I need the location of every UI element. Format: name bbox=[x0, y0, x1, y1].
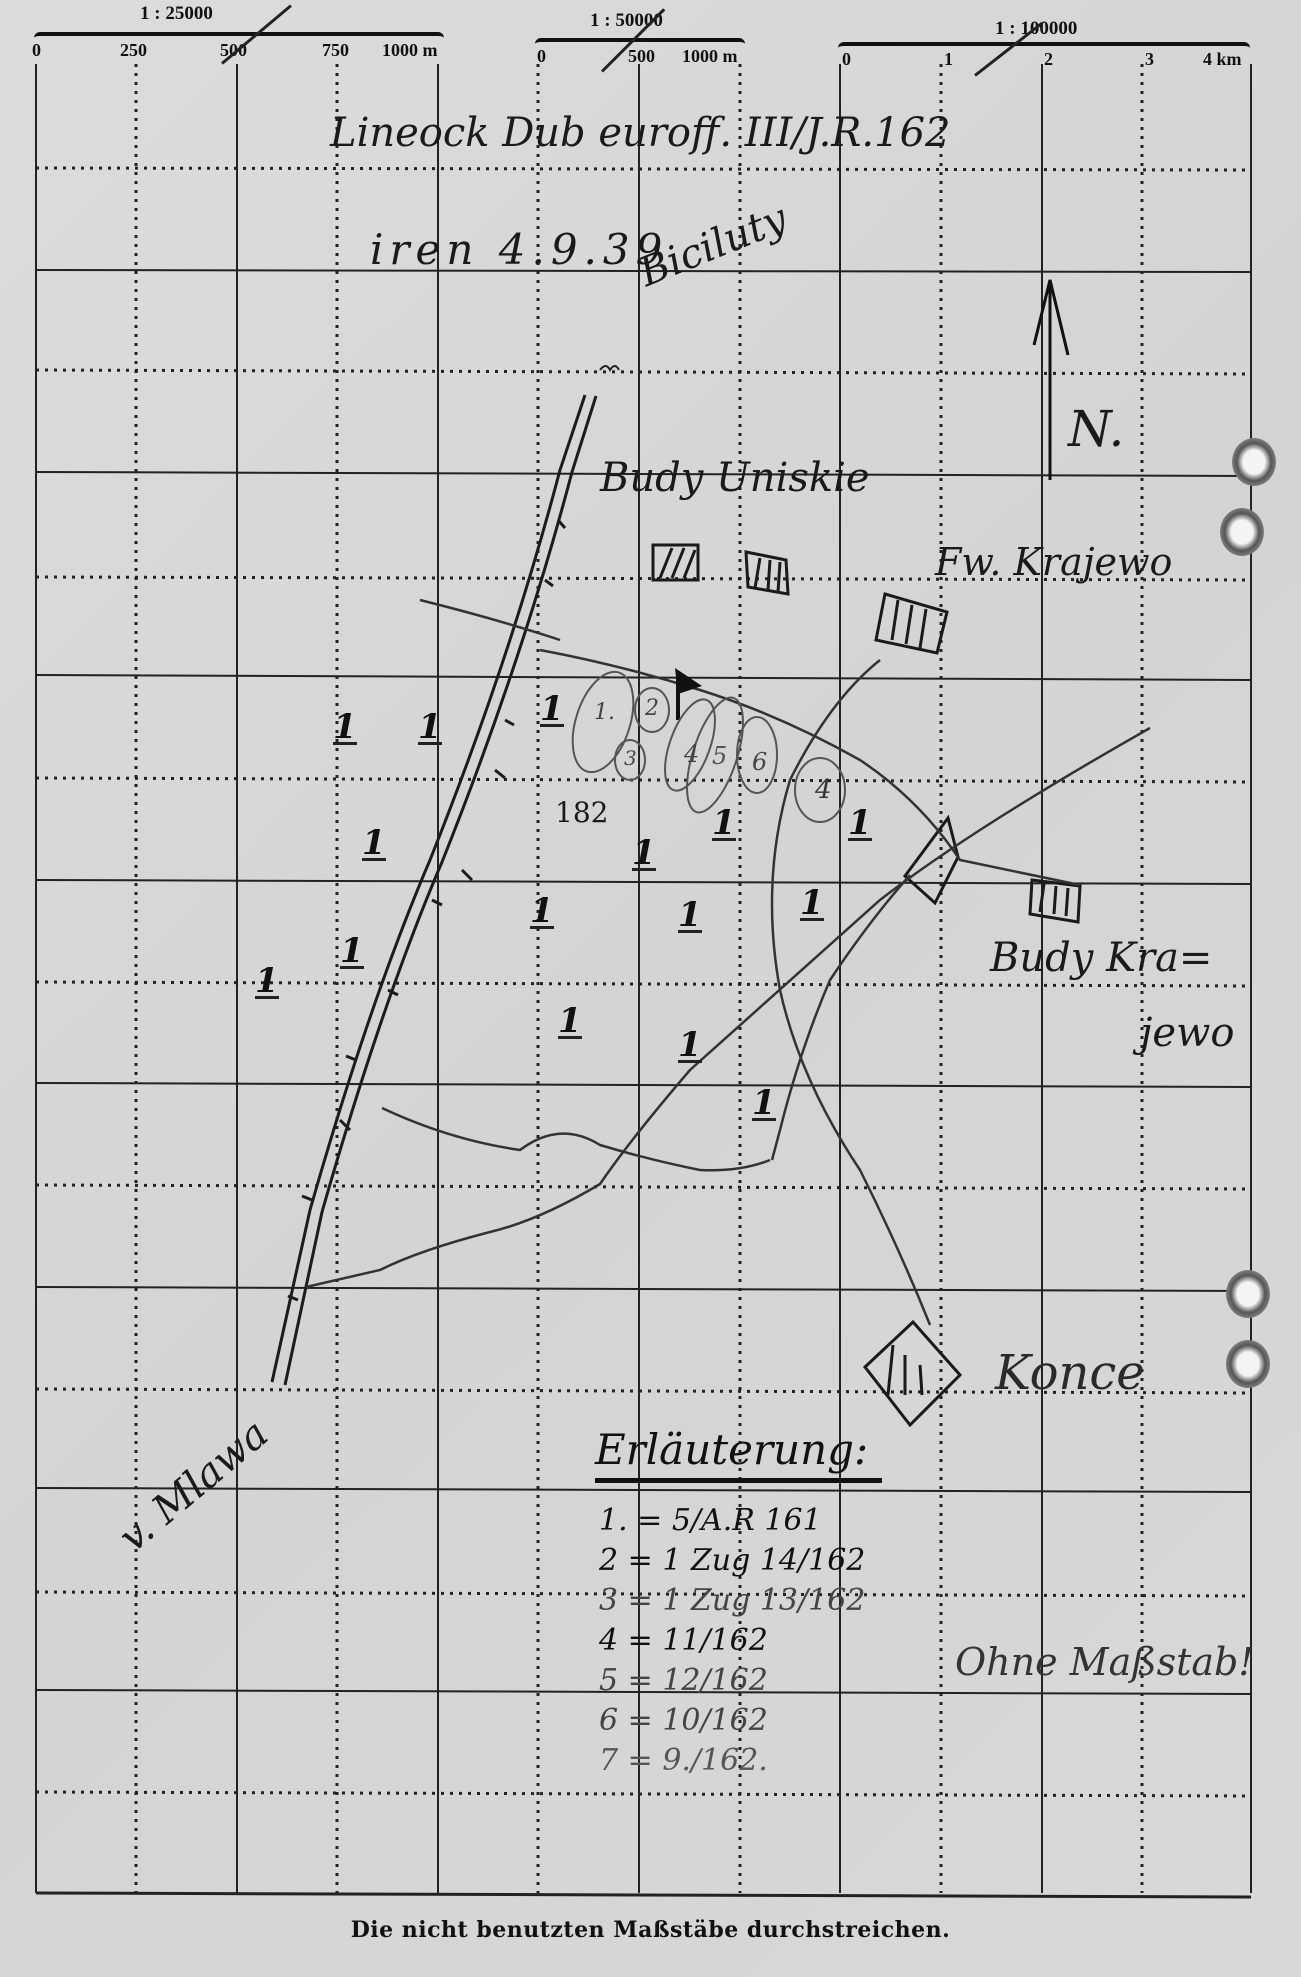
legend-item: 7 = 9./162. bbox=[599, 1741, 882, 1781]
legend-title: Erläuterung: bbox=[595, 1425, 882, 1483]
legend-item: 2 = 1 Zug 14/162 bbox=[599, 1541, 882, 1581]
footer-instruction: Die nicht benutzten Maßstäbe durchstreic… bbox=[0, 1917, 1301, 1943]
unit-marker: 1 bbox=[752, 1088, 776, 1121]
unit-marker: 1 bbox=[848, 808, 872, 841]
unit-marker: 1 bbox=[540, 694, 564, 727]
north-label: N. bbox=[1068, 400, 1124, 458]
legend-item: 1. = 5/A.R 161 bbox=[599, 1501, 882, 1541]
unit-marker: 1 bbox=[678, 1030, 702, 1063]
binder-hole bbox=[1232, 438, 1276, 486]
unit-marker: 1 bbox=[632, 838, 656, 871]
place-budy-krajewo: Budy Kra= bbox=[990, 935, 1212, 981]
unit-marker: 1 bbox=[340, 936, 364, 969]
unit-marker: 1 bbox=[712, 808, 736, 841]
oval-label: 6 bbox=[752, 748, 767, 776]
unit-marker: 1 bbox=[362, 828, 386, 861]
oval-label: 3 bbox=[624, 746, 637, 770]
oval-label: 2 bbox=[645, 696, 659, 721]
oval-label: 1. bbox=[594, 700, 615, 725]
binder-hole bbox=[1226, 1270, 1270, 1318]
legend-item: 6 = 10/162 bbox=[599, 1701, 882, 1741]
place-konce: Konce bbox=[995, 1345, 1145, 1401]
unit-marker: 1 bbox=[678, 900, 702, 933]
legend-item: 4 = 11/162 bbox=[599, 1621, 882, 1661]
unit-marker: 1 bbox=[418, 712, 442, 745]
unit-marker: 1 bbox=[333, 712, 357, 745]
legend-item: 3 = 1 Zug 13/162 bbox=[599, 1581, 882, 1621]
elevation-label: 182 bbox=[555, 796, 608, 829]
place-budy-krajewo-cont: jewo bbox=[1140, 1010, 1234, 1056]
place-budy-uniskie: Budy Uniskie bbox=[600, 455, 870, 501]
oval-label: 4 bbox=[684, 740, 699, 768]
note-ohne-massstab: Ohne Maßstab! bbox=[955, 1640, 1254, 1684]
binder-hole bbox=[1226, 1340, 1270, 1388]
legend-item: 5 = 12/162 bbox=[599, 1661, 882, 1701]
map-date: iren 4.9.39 bbox=[370, 225, 668, 274]
unit-marker: 1 bbox=[530, 896, 554, 929]
unit-marker: 1 bbox=[255, 966, 279, 999]
map-title: Lineock Dub euroff. III/J.R.162 bbox=[330, 110, 951, 156]
oval-label: 4 bbox=[815, 775, 832, 805]
north-arrow-icon bbox=[1034, 280, 1068, 480]
legend: Erläuterung: 1. = 5/A.R 161 2 = 1 Zug 14… bbox=[595, 1425, 882, 1781]
unit-marker: 1 bbox=[558, 1006, 582, 1039]
place-fw-krajewo: Fw. Krajewo bbox=[935, 540, 1172, 584]
oval-label: 5 bbox=[712, 742, 727, 770]
unit-marker: 1 bbox=[800, 888, 824, 921]
flag-icon bbox=[675, 668, 702, 720]
binder-hole bbox=[1220, 508, 1264, 556]
